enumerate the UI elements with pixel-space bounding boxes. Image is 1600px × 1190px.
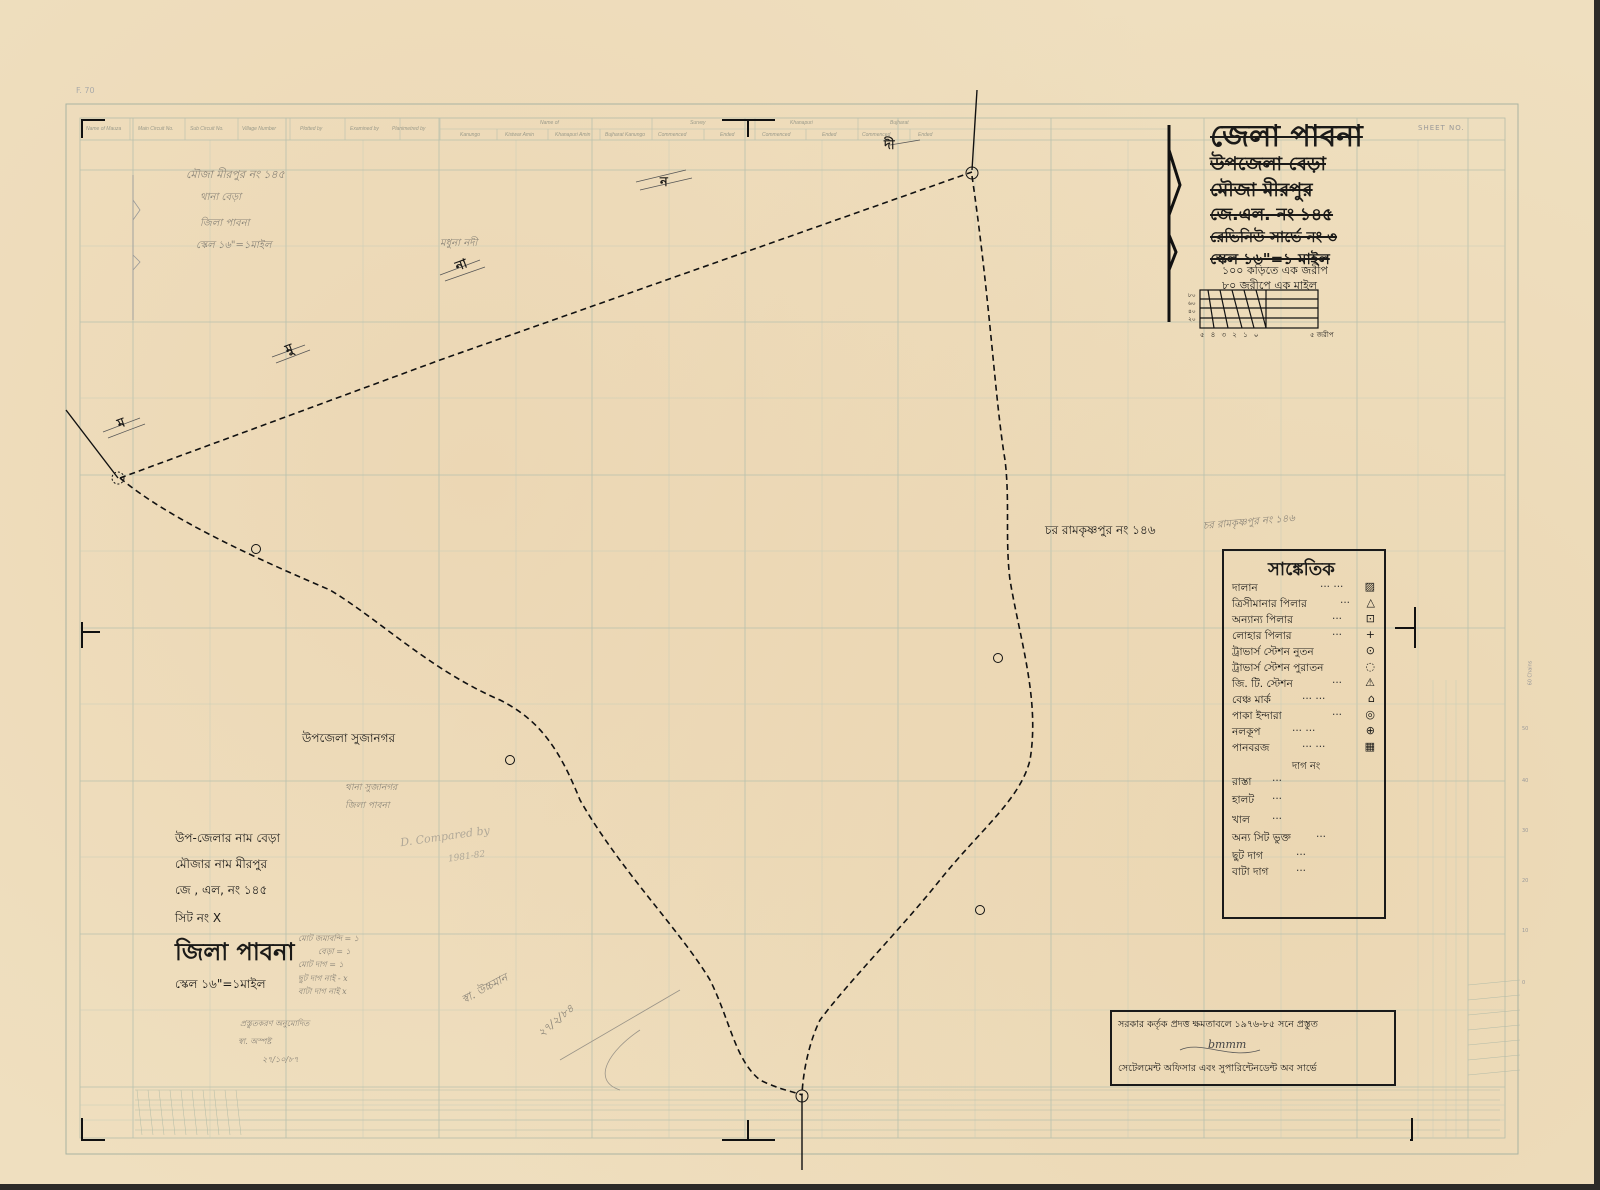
chain-scale-label-40: 40 bbox=[1522, 778, 1528, 784]
header-col-plotted-by: Plotted by bbox=[300, 126, 322, 132]
pencil-note-district: জিলা পাবনা bbox=[200, 216, 249, 233]
chain-scale-label-30: 30 bbox=[1522, 828, 1528, 834]
legend-item-label: পাকা ইন্দারা bbox=[1232, 710, 1282, 722]
header-sub-kistwar-amin: Kistwar Amin bbox=[505, 132, 534, 138]
chain-scale-label-0: 0 bbox=[1522, 980, 1525, 986]
header-sub-bujharat-ended: Ended bbox=[918, 132, 932, 138]
dashed-circle-icon: ◌ bbox=[1365, 660, 1375, 673]
building-hatch-icon: ▨ bbox=[1365, 580, 1375, 593]
legend-item-betel-garden: পানবরজ··· ···▦ bbox=[1232, 741, 1377, 758]
neighbor-mouza-east: চর রামকৃষ্ণপুর নং ১৪৬ bbox=[1045, 522, 1156, 542]
legend-item-pucca-well: পাকা ইন্দারা···◎ bbox=[1232, 709, 1377, 726]
header-col-planimetred-by: Planimetred by bbox=[392, 126, 425, 132]
legend-item-label: অন্যান্য পিলার bbox=[1232, 614, 1293, 626]
neighbor-upazila-west: উপজেলা সুজানগর bbox=[302, 730, 395, 750]
boundary-letter-4: ন bbox=[660, 173, 668, 194]
info-district: জিলা পাবনা bbox=[175, 934, 294, 974]
crosshatch-box-icon: ▦ bbox=[1365, 740, 1375, 753]
legend-dag-road: রাস্তা··· bbox=[1232, 775, 1377, 792]
scale-bar-unit: ৫ জরীপ bbox=[1310, 329, 1334, 341]
legend-dag-other-sheet: অন্য সিট ভুক্ত··· bbox=[1232, 831, 1377, 848]
legend-item-label: নলকূপ bbox=[1232, 726, 1261, 738]
double-circle-icon: ◎ bbox=[1365, 708, 1375, 721]
triangle-station-icon: ⚠ bbox=[1365, 676, 1375, 689]
legend-dag-halot: হালট··· bbox=[1232, 793, 1377, 810]
legend-item-label: পানবরজ bbox=[1232, 742, 1269, 754]
header-sub-khanapuri-commenced: Commenced bbox=[762, 132, 790, 138]
info-scale: স্কেল ১৬"=১মাইল bbox=[175, 976, 266, 996]
header-sub-survey-commenced: Commenced bbox=[658, 132, 686, 138]
legend-dag-bata: বাটা দাগ··· bbox=[1232, 865, 1377, 882]
certificate-signature: bmmm bbox=[1208, 1038, 1246, 1051]
legend-item-bench-mark: বেঞ্চ মার্ক··· ···⌂ bbox=[1232, 693, 1377, 710]
legend-item-traverse-new: ট্রাভার্স স্টেশন নুতন⊙ bbox=[1232, 645, 1377, 662]
header-sub-khanapuri-amin: Khanapuri Amin bbox=[555, 132, 590, 138]
chain-scale-label-10: 10 bbox=[1522, 928, 1528, 934]
legend-item-label: ট্রাভার্স স্টেশন নুতন bbox=[1232, 646, 1314, 658]
header-sub-khanapuri-ended: Ended bbox=[822, 132, 836, 138]
scan-edge-right bbox=[1594, 0, 1600, 1190]
title-mile-note: ৮০ জরীপে এক মাইল bbox=[1222, 277, 1317, 296]
pencil-note-river: মধুনা নদী bbox=[440, 236, 477, 253]
pencil-sign-1: প্রস্তুতকরণ অনুমোদিত bbox=[240, 1018, 309, 1031]
header-sub-survey-ended: Ended bbox=[720, 132, 734, 138]
triangle-icon: △ bbox=[1367, 596, 1375, 609]
pencil-note-thana-sujanagar: থানা সুজানগর bbox=[345, 780, 397, 795]
legend-item-label: ট্রাভার্স স্টেশন পুরাতন bbox=[1232, 662, 1323, 674]
pencil-tally-1: মোট জমাবন্দি = ১ bbox=[298, 933, 359, 946]
cadastral-map-sheet: F. 70 Name of Mauza Main Circuit No. Sub… bbox=[0, 0, 1600, 1190]
legend-item-tubewell: নলকূপ··· ···⊕ bbox=[1232, 725, 1377, 742]
header-sub-kanungo: Kanungo bbox=[460, 132, 480, 138]
legend-dag-header: দাগ নং bbox=[1292, 759, 1320, 776]
header-col-village-number: Village Number bbox=[242, 126, 276, 132]
scan-edge-bottom bbox=[0, 1184, 1600, 1190]
form-number-label: F. 70 bbox=[76, 86, 95, 95]
boundary-letter-5: দী bbox=[884, 136, 895, 157]
pencil-note-mouza: মৌজা মীরপুর নং ১৪৫ bbox=[186, 166, 285, 185]
legend-item-label: দালান bbox=[1232, 582, 1258, 594]
info-upazila-name: উপ-জেলার নাম বেড়া bbox=[175, 830, 280, 850]
scale-bar-y-20: ২০ bbox=[1188, 314, 1196, 325]
pencil-tally-2: বেড়া = ১ bbox=[318, 946, 351, 959]
bench-mark-icon: ⌂ bbox=[1368, 692, 1375, 705]
header-col-survey: Survey bbox=[690, 120, 706, 126]
header-col-examined-by: Examined by bbox=[350, 126, 379, 132]
info-mouza-name: মৌজার নাম মীরপুর bbox=[175, 856, 267, 876]
legend-item-label: বেঞ্চ মার্ক bbox=[1232, 694, 1271, 706]
legend-item-iron-pillar: লোহার পিলার···+ bbox=[1232, 629, 1377, 646]
sheet-number-label: SHEET NO. bbox=[1418, 124, 1465, 132]
legend-item-trijunction-pillar: ত্রিসীমানার পিলার···△ bbox=[1232, 597, 1377, 614]
scale-bar-x-labels: ৫ ৪ ৩ ২ ১ ০ bbox=[1200, 329, 1260, 341]
legend-item-label: জি. টি. স্টেশন bbox=[1232, 678, 1293, 690]
header-col-name-of-mauza: Name of Mauza bbox=[86, 126, 121, 132]
legend-dag-omitted: ছুট দাগ··· bbox=[1232, 849, 1377, 866]
pencil-note-scale: স্কেল ১৬"=১মাইল bbox=[196, 238, 271, 255]
circle-cross-icon: ⊕ bbox=[1366, 724, 1375, 737]
info-jl-no: জে , এল, নং ১৪৫ bbox=[175, 882, 267, 902]
pencil-tally-3: মোট দাগ = ১ bbox=[298, 959, 344, 972]
preparation-certificate: সরকার কর্তৃক প্রদত্ত ক্ষমতাবলে ১৯৭৬-৮৫ স… bbox=[1110, 1010, 1396, 1086]
chain-scale-label-20: 20 bbox=[1522, 878, 1528, 884]
header-col-main-circuit: Main Circuit No. bbox=[138, 126, 174, 132]
square-dot-icon: ⊡ bbox=[1366, 612, 1375, 625]
header-col-khanapuri: Khanapuri bbox=[790, 120, 813, 126]
legend-item-gt-station: জি. টি. স্টেশন···⚠ bbox=[1232, 677, 1377, 694]
chain-scale-label-50: 50 bbox=[1522, 726, 1528, 732]
legend-item-building: দালান··· ···▨ bbox=[1232, 581, 1377, 598]
header-col-bujharat: Bujharat bbox=[890, 120, 909, 126]
legend-item-label: লোহার পিলার bbox=[1232, 630, 1292, 642]
pencil-tally-5: বাটা দাগ নাই x bbox=[298, 986, 347, 999]
pencil-note-thana: থানা বেড়া bbox=[200, 190, 241, 207]
pencil-tally-4: ছুট দাগ নাই - x bbox=[298, 973, 348, 986]
header-col-sub-circuit: Sub Circuit No. bbox=[190, 126, 224, 132]
legend-item-label: ত্রিসীমানার পিলার bbox=[1232, 598, 1307, 610]
header-col-name-of: Name of bbox=[540, 120, 559, 126]
certificate-line-1: সরকার কর্তৃক প্রদত্ত ক্ষমতাবলে ১৯৭৬-৮৫ স… bbox=[1118, 1018, 1318, 1033]
pencil-note-district-pabna: জিলা পাবনা bbox=[345, 798, 390, 813]
header-sub-bujharat-kanungo: Bujharat Kanungo bbox=[605, 132, 645, 138]
legend-item-other-pillar: অন্যান্য পিলার···⊡ bbox=[1232, 613, 1377, 630]
legend-item-traverse-old: ট্রাভার্স স্টেশন পুরাতন◌ bbox=[1232, 661, 1377, 678]
circle-dot-icon: ⊙ bbox=[1366, 644, 1375, 657]
legend-box: সাঙ্কেতিক দালান··· ···▨ ত্রিসীমানার পিলা… bbox=[1222, 549, 1386, 919]
pencil-sign-2: স্বা. অস্পষ্ট bbox=[238, 1036, 271, 1049]
pencil-sign-date: ২৭/১০/৮৭ bbox=[262, 1054, 299, 1067]
plus-icon: + bbox=[1366, 628, 1375, 641]
certificate-line-2: সেটেলমেন্ট অফিসার এবং সুপারিন্টেনডেন্ট অ… bbox=[1118, 1062, 1317, 1077]
legend-dag-canal: খাল··· bbox=[1232, 813, 1377, 830]
info-sheet-no: সিট নং X bbox=[175, 910, 221, 930]
chain-scale-label-60: 60 Chains bbox=[1527, 661, 1533, 686]
